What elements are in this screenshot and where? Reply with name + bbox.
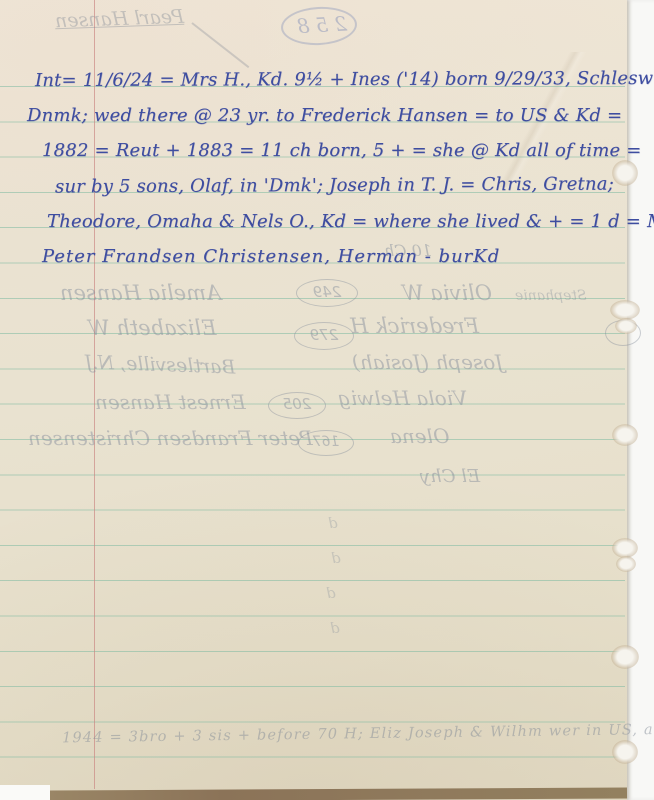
pencil-slash-mark [191, 22, 249, 68]
scanned-document: Pearl Hansen 258 Int= 11/6/24 = Mrs H., … [0, 0, 654, 800]
ink-line-3: 1882 = Reut + 1883 = 11 ch born, 5 + = s… [42, 142, 642, 160]
ghost-name: Peter Frandsen Christensen [28, 428, 313, 448]
ghost-name: Olena [390, 426, 449, 446]
ghost-name: Bartlesville, N.J [85, 353, 236, 377]
ghost-name: Viola Helwig [338, 388, 467, 408]
ink-line-2: Dnmk; wed there @ 23 yr. to Frederick Ha… [27, 107, 622, 125]
torn-edge-notch [610, 300, 640, 320]
scanner-background [627, 0, 654, 800]
torn-edge-notch [612, 538, 638, 558]
book-binding-edge [48, 787, 627, 800]
ghost-note: 10 Ch [384, 243, 432, 259]
ghost-oval-number: 279 [294, 322, 354, 350]
corner-pencil-note: Pearl Hansen [55, 8, 185, 31]
page-number-stamp: 258 [280, 5, 358, 47]
ghost-name: Olivia W [402, 283, 492, 304]
ghost-name: Amelia Hansen [60, 283, 221, 304]
ghost-letter-mark: d [326, 586, 336, 601]
torn-edge-notch [616, 556, 636, 572]
ghost-oval-number: 249 [296, 279, 358, 307]
ghost-name: Stephanie [515, 289, 587, 303]
torn-edge-notch [615, 318, 637, 334]
ghost-letter-mark: d [328, 516, 338, 531]
ghost-name: Frederick H [350, 316, 479, 337]
ink-line-4: sur by 5 sons, Olaf, in 'Dmk'; Joseph in… [55, 176, 614, 197]
torn-edge-notch [612, 424, 638, 446]
ghost-name: Joseph (Josiah) [352, 352, 503, 372]
ghost-note: El Chy [420, 468, 480, 486]
ghost-name: Elizabeth W [88, 318, 216, 339]
ghost-letter-mark: d [330, 621, 340, 636]
scanner-corner [0, 785, 50, 800]
ink-line-1: Int= 11/6/24 = Mrs H., Kd. 9½ + Ines ('1… [35, 70, 654, 90]
notebook-page: Pearl Hansen 258 Int= 11/6/24 = Mrs H., … [0, 0, 627, 800]
torn-edge-notch [611, 645, 639, 669]
ghost-letter-mark: d [331, 551, 341, 566]
torn-edge-notch [612, 740, 638, 764]
ghost-name: Ernest Hansen [95, 392, 246, 412]
ink-line-5: Theodore, Omaha & Nels O., Kd = where sh… [47, 213, 654, 231]
torn-edge-notch [612, 160, 638, 186]
ghost-oval-number: 167 [298, 430, 354, 456]
ghost-oval-number: 205 [268, 392, 326, 419]
